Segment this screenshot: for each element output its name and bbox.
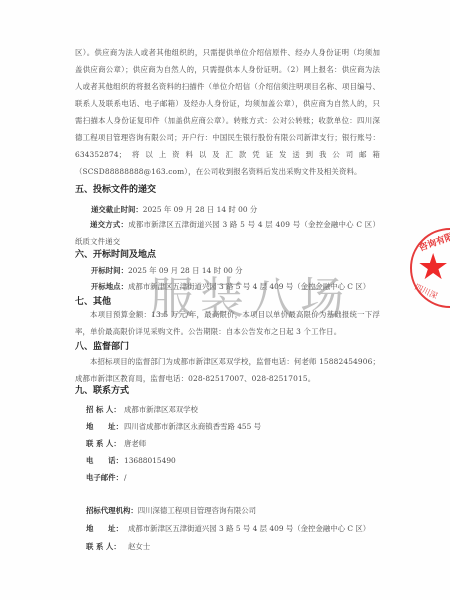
tenderer-email-value: / <box>124 473 127 482</box>
submission-deadline: 递交截止时间：2025 年 09 月 28 日 14 时 00 分 <box>91 204 257 216</box>
other-info-paragraph: 本项目预算金额：13.5 万元/年，最高限价，本项目以单价最高限价为基础报统一下… <box>75 306 380 340</box>
tenderer-name-label: 招 标 人： <box>86 404 124 416</box>
tenderer-phone-row: 电 话：13688015490 <box>86 455 176 467</box>
seal-star-icon: ★ <box>417 250 449 286</box>
opening-place-label: 开标地点： <box>91 282 128 291</box>
tenderer-name-row: 招 标 人：成都市新津区邓双学校 <box>86 404 198 416</box>
submission-deadline-label: 递交截止时间： <box>91 205 143 214</box>
agency-address-label: 地 址： <box>86 523 128 535</box>
tenderer-phone-value: 13688015490 <box>124 456 176 465</box>
tenderer-address-value: 四川省成都市新津区永商镇香雪路 455 号 <box>124 422 261 431</box>
opening-time-value: 2025 年 09 月 28 日 14 时 00 分 <box>128 266 243 275</box>
agency-address-row: 地 址：成都市新津区五津街道兴园 3 路 5 号 4 层 409 号（金控金融中… <box>86 523 370 535</box>
agency-address-value: 成都市新津区五津街道兴园 3 路 5 号 4 层 409 号（金控金融中心 C … <box>128 524 370 533</box>
tenderer-contact-row: 联 系 人：唐老师 <box>86 438 146 450</box>
submission-deadline-value: 2025 年 09 月 28 日 14 时 00 分 <box>143 205 258 214</box>
tenderer-email-label: 电子邮件： <box>86 472 124 484</box>
tenderer-contact-label: 联 系 人： <box>86 438 124 450</box>
agency-name-row: 招标代理机构：四川深德工程项目管理咨询有限公司 <box>86 505 256 517</box>
agency-contact-label: 联 系 人： <box>86 541 128 553</box>
opening-time: 开标时间：2025 年 09 月 28 日 14 时 00 分 <box>91 265 243 277</box>
section-9-heading: 九、联系方式 <box>75 384 129 398</box>
company-seal-stamp: 咨询有限 ★ 四川深 <box>410 228 450 308</box>
supervision-paragraph: 本招标项目的监督部门为成都市新津区邓双学校，监督电话：何老师 158824549… <box>75 353 380 387</box>
tenderer-address-label: 地 址： <box>86 421 124 433</box>
tenderer-address-row: 地 址：四川省成都市新津区永商镇香雪路 455 号 <box>86 421 261 433</box>
document-page: 区）。供应商为法人或者其他组织的，只需提供单位介绍信原件、经办人身份证明（均须加… <box>0 0 450 600</box>
section-5-heading: 五、投标文件的递交 <box>75 183 156 197</box>
agency-contact-value: 赵女士 <box>128 542 150 551</box>
agency-contact-row: 联 系 人：赵女士 <box>86 541 150 553</box>
tenderer-name-value: 成都市新津区邓双学校 <box>124 405 198 414</box>
tenderer-phone-label: 电 话： <box>86 455 124 467</box>
submission-method-label: 递交方式： <box>90 220 128 229</box>
agency-name-label: 招标代理机构： <box>86 506 138 515</box>
section-8-heading: 八、监督部门 <box>75 340 129 354</box>
opening-place: 开标地点：成都市新津区五津街道兴园 3 路 5 号 4 层 409 号（金控金融… <box>91 281 370 293</box>
agency-name-value: 四川深德工程项目管理咨询有限公司 <box>138 506 256 515</box>
tenderer-contact-value: 唐老师 <box>124 439 146 448</box>
submission-method: 递交方式：成都市新津区五津街道兴园 3 路 5 号 4 层 409 号（金控金融… <box>75 216 380 250</box>
opening-time-label: 开标时间： <box>91 266 128 275</box>
tenderer-email-row: 电子邮件：/ <box>86 472 127 484</box>
opening-place-value: 成都市新津区五津街道兴园 3 路 5 号 4 层 409 号（金控金融中心 C … <box>128 282 370 291</box>
section-6-heading: 六、开标时间及地点 <box>75 248 156 262</box>
registration-paragraph: 区）。供应商为法人或者其他组织的，只需提供单位介绍信原件、经办人身份证明（均须加… <box>75 44 380 180</box>
